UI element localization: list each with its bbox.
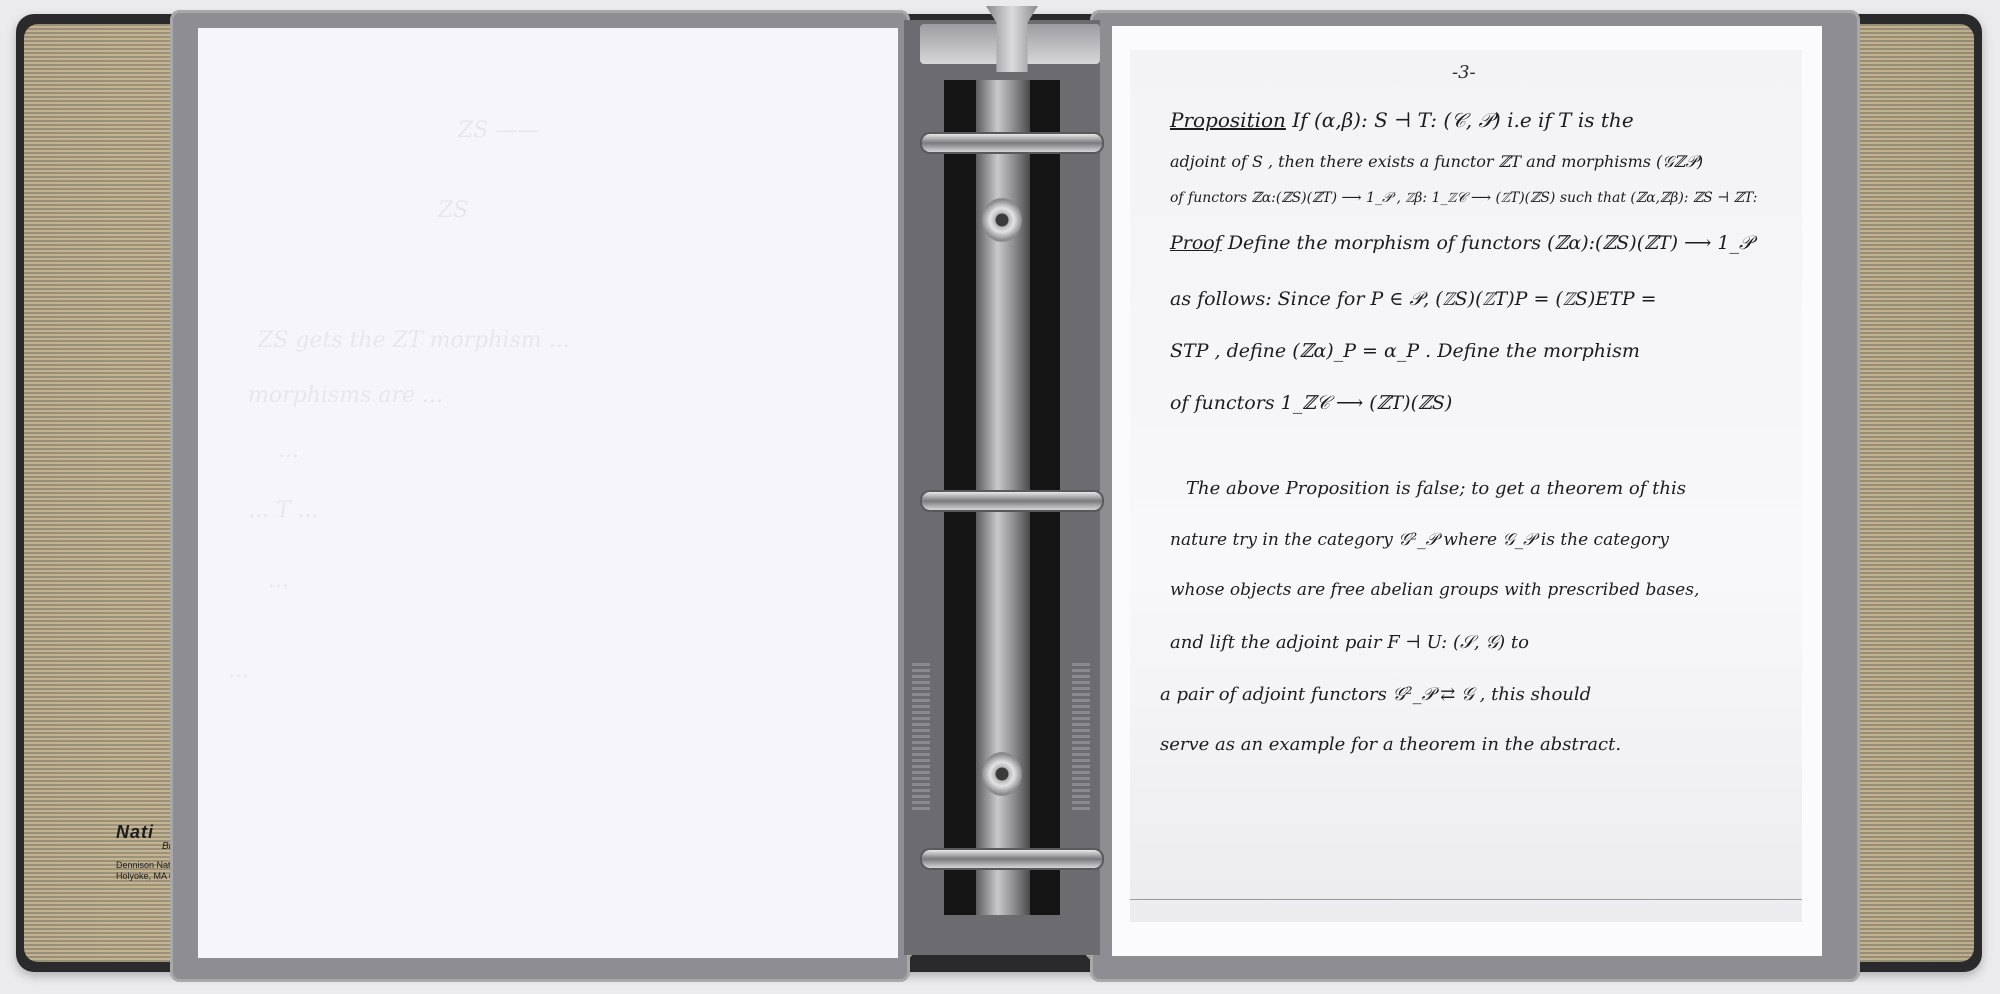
show-through-text: ZS gets the ZT morphism ... <box>258 328 570 353</box>
manuscript-line: whose objects are free abelian groups wi… <box>1170 580 1788 600</box>
manuscript-line: nature try in the category 𝒢²_𝒫 where 𝒢_… <box>1170 530 1788 550</box>
show-through-text: ... T ... <box>248 498 319 523</box>
manuscript-line: STP , define (ℤα)_P = α_P . Define the m… <box>1170 340 1788 362</box>
manuscript-line: Proposition If (α,β): S ⊣ T: (𝒞, 𝒫) i.e … <box>1170 108 1788 132</box>
right-page: -3- Proposition If (α,β): S ⊣ T: (𝒞, 𝒫) … <box>1112 26 1822 956</box>
left-page: ZS —— ZS ZS gets the ZT morphism ... mor… <box>198 28 898 958</box>
manuscript-line: serve as an example for a theorem in the… <box>1160 734 1788 755</box>
binder-spine <box>904 20 1100 955</box>
rivet-icon <box>982 752 1022 796</box>
page-number: -3- <box>1452 62 1476 83</box>
manuscript-line: of functors ℤα:(ℤS)(ℤT) ⟶ 1_𝒫 , ℤβ: 1_ℤ𝒞… <box>1170 190 1788 206</box>
show-through-text: morphisms are ... <box>248 383 443 408</box>
binder-ring-bottom[interactable] <box>920 848 1104 870</box>
manuscript-line: Proof Define the morphism of functors (ℤ… <box>1170 232 1788 254</box>
manuscript-line: and lift the adjoint pair F ⊣ U: (𝒮, 𝒢) … <box>1170 632 1788 653</box>
manuscript-line: of functors 1_ℤ𝒞 ⟶ (ℤT)(ℤS) <box>1170 392 1788 414</box>
show-through-text: ZS <box>438 198 468 223</box>
show-through-text: ... <box>228 658 249 683</box>
manuscript-line: a pair of adjoint functors 𝒢²_𝒫 ⇄ 𝒢 , th… <box>1160 684 1788 705</box>
scan-edge-line <box>1130 899 1802 900</box>
manuscript-line: adjoint of S , then there exists a funct… <box>1170 152 1788 172</box>
proof-heading: Proof <box>1170 232 1222 254</box>
show-through-text: ZS —— <box>458 118 539 143</box>
manuscript-line: as follows: Since for P ∈ 𝒫, (ℤS)(ℤT)P =… <box>1170 288 1788 310</box>
binder-ring-top[interactable] <box>920 132 1104 154</box>
handwritten-manuscript: -3- Proposition If (α,β): S ⊣ T: (𝒞, 𝒫) … <box>1130 50 1802 922</box>
rivet-icon <box>982 198 1022 242</box>
spine-label-text <box>1072 660 1090 810</box>
proposition-heading: Proposition <box>1170 108 1286 132</box>
show-through-text: ... <box>278 438 299 463</box>
binder-ring-middle[interactable] <box>920 490 1104 512</box>
show-through-text: ... <box>268 568 289 593</box>
manuscript-line: The above Proposition is false; to get a… <box>1186 478 1788 499</box>
spine-label-text <box>912 660 930 810</box>
